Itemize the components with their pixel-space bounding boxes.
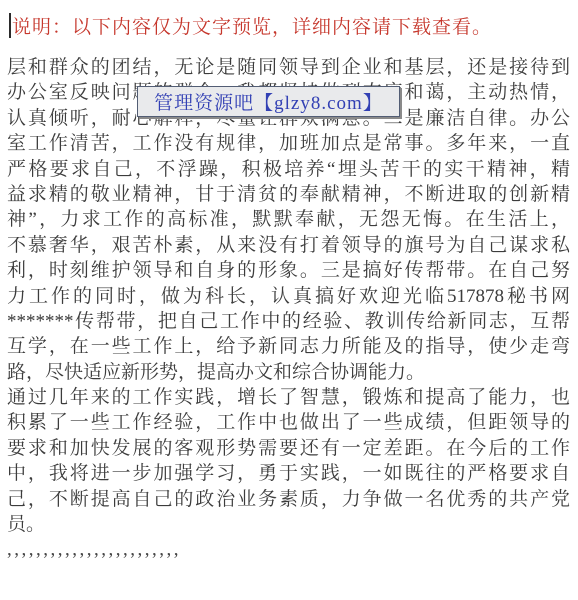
preview-notice: 说明：以下内容仅为文字预览，详细内容请下载查看。 xyxy=(9,13,492,41)
text-line: 严格要求自己，不浮躁，积极培养“埋头苦干的实干精神，精 xyxy=(7,157,570,182)
text-line: 互学，在一些工作上，给予新同志力所能及的指导，使少走弯 xyxy=(7,334,570,359)
text-line: 利，时刻维护领导和自身的形象。三是搞好传帮带。在自己努 xyxy=(7,258,570,283)
text-line: 室工作清苦，工作没有规律，加班加点是常事。多年来，一直 xyxy=(7,131,570,156)
text-line: 己，不断提高自己的政治业务素质，力争做一名优秀的共产党 xyxy=(7,487,570,512)
text-line: 不慕奢华，艰苦朴素，从来没有打着领导的旗号为自己谋求私 xyxy=(7,233,570,258)
text-line: 力工作的同时，做为科长，认真搞好欢迎光临517878秘书网 xyxy=(7,284,570,309)
preview-notice-text: 说明：以下内容仅为文字预览，详细内容请下载查看。 xyxy=(12,17,492,38)
text-line: 神”，力求工作的高标准，默默奉献，无怨无悔。在生活上， xyxy=(7,207,570,232)
text-line: 层和群众的团结，无论是随同领导到企业和基层，还是接待到 xyxy=(7,55,570,80)
text-line: 益求精的敬业精神，甘于清贫的奉献精神，不断进取的创新精 xyxy=(7,182,570,207)
text-cursor xyxy=(9,13,11,38)
text-line: 路，尽快适应新形势，提高办文和综合协调能力。 xyxy=(7,360,570,385)
dotted-ending-line: ,,,,,,,,,,,,,,,,,,,,,,,, xyxy=(7,537,570,562)
text-preview-page: { "notice": { "text": "说明：以下内容仅为文字预览，详细内… xyxy=(0,0,578,600)
text-line: 通过几年来的工作实践，增长了智慧，锻炼和提高了能力，也 xyxy=(7,385,570,410)
text-line: 要求和加快发展的客观形势需要还有一定差距。在今后的工作 xyxy=(7,436,570,461)
text-line: 积累了一些工作经验，工作中也做出了一些成绩，但距领导的 xyxy=(7,410,570,435)
site-watermark-stamp: 管理资源吧【glzy8.com】 xyxy=(137,86,400,117)
text-line: 员。 xyxy=(7,512,570,537)
text-line: *******传帮带，把自己工作中的经验、教训传给新同志，互帮 xyxy=(7,309,570,334)
document-body: 层和群众的团结，无论是随同领导到企业和基层，还是接待到 办公室反映问题的群众，我… xyxy=(7,55,570,563)
text-line: 中，我将进一步加强学习，勇于实践，一如既往的严格要求自 xyxy=(7,461,570,486)
site-watermark-text: 管理资源吧【glzy8.com】 xyxy=(154,88,383,115)
